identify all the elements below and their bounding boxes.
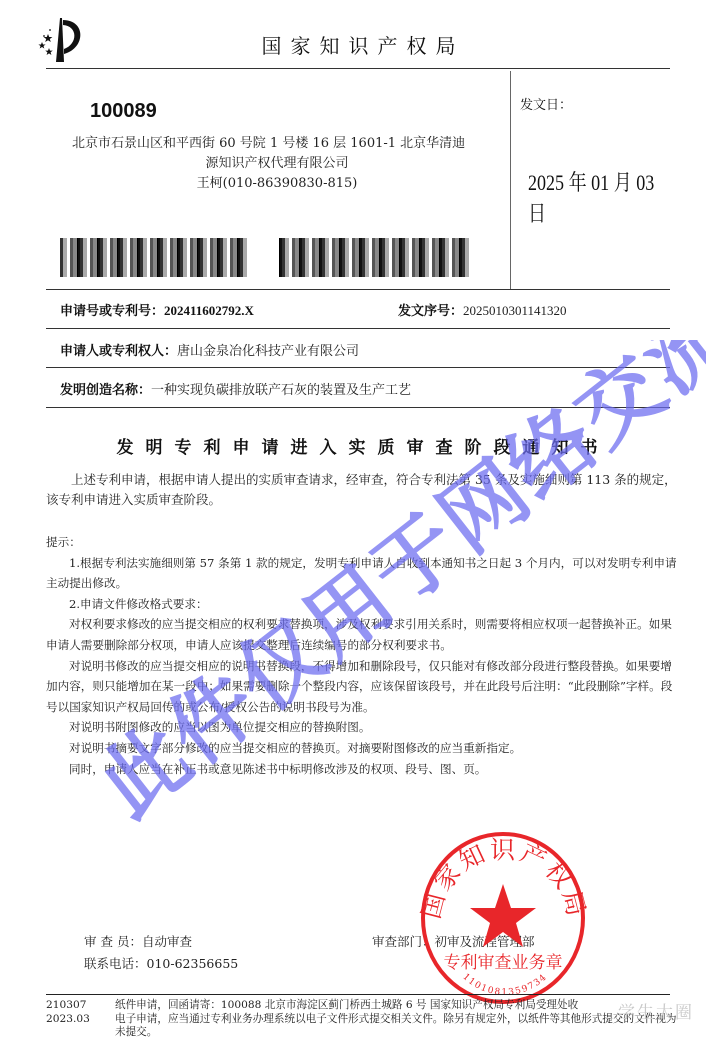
hints-section: 提示： 1.根据专利法实施细则第 57 条第 1 款的规定，发明专利申请人自收到… bbox=[46, 532, 682, 779]
hint-item: 2.申请文件修改格式要求： bbox=[46, 594, 682, 615]
row-divider bbox=[46, 289, 670, 290]
examiner-name: 自动审查 bbox=[142, 934, 192, 949]
footer-line-1: 纸件申请，回函请寄：100088 北京市海淀区蓟门桥西土城路 6 号 国家知识产… bbox=[115, 999, 685, 1012]
notice-body: 上述专利申请，根据申请人提出的实质审查请求，经审查，符合专利法第 35 条及实施… bbox=[46, 470, 682, 510]
form-code: 210307 bbox=[46, 999, 86, 1012]
issue-date-value: 2025 年 01 月 03 日 bbox=[528, 166, 674, 228]
notice-title: 发明专利申请进入实质审查阶段通知书 bbox=[0, 433, 706, 458]
applicant-row: 申请人或专利权人：唐山金泉冶化科技产业有限公司 bbox=[60, 340, 359, 359]
application-number-label: 申请号或专利号： bbox=[60, 304, 164, 319]
hint-item: 对说明书摘要文字部分修改的应当提交相应的替换页。对摘要附图修改的应当重新指定。 bbox=[46, 738, 682, 759]
examiner-line: 审 查 员：自动审查 bbox=[84, 932, 192, 950]
hint-item: 对说明书修改的应当提交相应的说明书替换段，不得增加和删除段号，仅只能对有修改部分… bbox=[46, 656, 682, 718]
recipient-postcode: 100089 bbox=[90, 100, 157, 123]
examiner-label: 审 查 员： bbox=[84, 934, 142, 949]
hint-item: 对说明书附图修改的应当以图为单位提交相应的替换附图。 bbox=[46, 717, 682, 738]
application-number-row: 申请号或专利号：202411602792.X bbox=[60, 300, 254, 319]
invention-title: 一种实现负碳排放联产石灰的装置及生产工艺 bbox=[151, 383, 411, 398]
address-line-1: 北京市石景山区和平西街 60 号院 1 号楼 16 层 1601-1 北京华清迪 bbox=[72, 136, 465, 151]
official-seal: 国家知识产权局 专利审查业务章 1101081359734 bbox=[415, 830, 591, 1006]
footer-line-2: 电子申请，应当通过专利业务办理系统以电子文件形式提交相关文件。除另有规定外，以纸… bbox=[115, 1013, 685, 1039]
application-number: 202411602792.X bbox=[164, 303, 254, 318]
hint-item: 同时，申请人应当在补正书或意见陈述书中标明修改涉及的权项、段号、图、页。 bbox=[46, 759, 682, 780]
hints-label: 提示： bbox=[46, 532, 682, 553]
doc-serial: 2025010301141320 bbox=[463, 303, 567, 318]
date-column-divider bbox=[510, 71, 511, 289]
footer-divider bbox=[46, 994, 670, 995]
invention-row: 发明创造名称：一种实现负碳排放联产石灰的装置及生产工艺 bbox=[60, 379, 411, 398]
corner-watermark: 学生大圈 bbox=[618, 998, 694, 1023]
invention-label: 发明创造名称： bbox=[60, 383, 151, 398]
phone-number: 010-62356655 bbox=[147, 956, 239, 971]
issue-date-label: 发文日： bbox=[520, 94, 572, 113]
hint-item: 对权利要求修改的应当提交相应的权利要求替换项，涉及权利要求引用关系时，则需要将相… bbox=[46, 614, 682, 655]
row-divider bbox=[46, 407, 670, 408]
doc-serial-label: 发文序号： bbox=[398, 304, 463, 319]
phone-line: 联系电话：010-62356655 bbox=[84, 954, 238, 972]
applicant-label: 申请人或专利权人： bbox=[60, 344, 177, 359]
star-icon bbox=[470, 884, 536, 947]
header-divider bbox=[46, 68, 670, 69]
doc-serial-row: 发文序号：2025010301141320 bbox=[398, 300, 567, 319]
hint-item: 1.根据专利法实施细则第 57 条第 1 款的规定，发明专利申请人自收到本通知书… bbox=[46, 553, 682, 594]
recipient-address: 北京市石景山区和平西街 60 号院 1 号楼 16 层 1601-1 北京华清迪… bbox=[72, 134, 482, 194]
form-version: 2023.03 bbox=[46, 1013, 90, 1026]
agency-name: 国家知识产权局 bbox=[0, 30, 706, 59]
phone-label: 联系电话： bbox=[84, 956, 147, 971]
seal-inner-text: 专利审查业务章 bbox=[444, 952, 563, 973]
row-divider bbox=[46, 367, 670, 368]
recipient-contact: 王柯(010-86390830-815) bbox=[72, 174, 482, 194]
barcode-icon bbox=[279, 238, 472, 277]
row-divider bbox=[46, 328, 670, 329]
applicant-name: 唐山金泉冶化科技产业有限公司 bbox=[177, 344, 359, 359]
address-line-2: 源知识产权代理有限公司 bbox=[72, 154, 482, 174]
barcode-icon bbox=[60, 238, 253, 277]
